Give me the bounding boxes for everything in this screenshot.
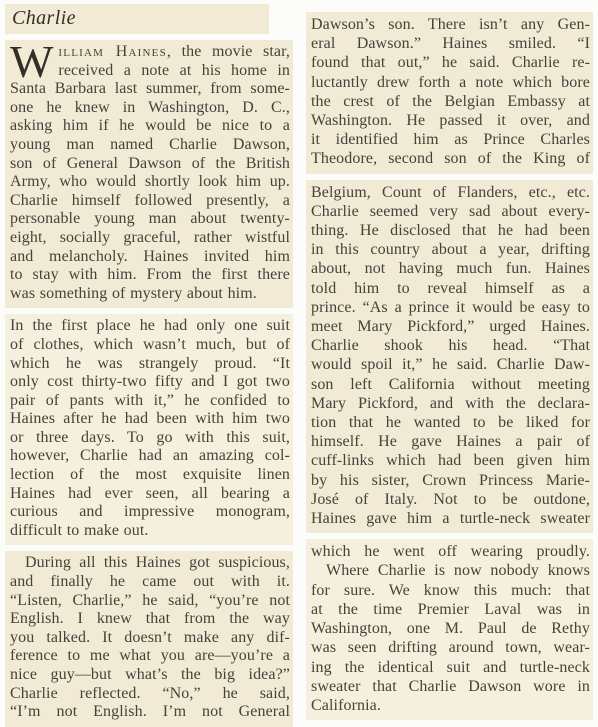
text-line: you talked. It doesn’t make any dif- <box>10 629 290 648</box>
text-line: the crest of the Belgian Embassy at <box>311 92 590 111</box>
text-block: Dawson’s son. There isn’t any Gen-eral D… <box>306 12 593 174</box>
text-line: one he knew in Washington, D. C., <box>10 99 290 118</box>
text-line: prince. “As a prince it would be easy to <box>311 298 590 317</box>
text-block: Belgium, Count of Flanders, etc., etc.Ch… <box>306 180 593 534</box>
text-line: it identified him as Prince Charles <box>311 130 590 149</box>
text-block: During all this Haines got suspicious,an… <box>5 551 293 726</box>
text-line: “I’m not English. I’m not General <box>10 703 290 722</box>
text-line: “Listen, Charlie,” he said, “you’re not <box>10 592 290 611</box>
text-line: thing. He disclosed that he had been <box>311 221 590 240</box>
text-line: Belgium, Count of Flanders, etc., etc. <box>311 183 590 202</box>
text-block: which he went off wearing proudly.Where … <box>306 539 593 720</box>
text-line: or three days. To go with this suit, <box>10 429 290 448</box>
text-line: Haines gave him a turtle-neck sweater <box>311 509 590 528</box>
text-line: Charlie shook his head. “That <box>311 336 590 355</box>
text-line: and melancholy. Haines invited him <box>10 248 290 267</box>
text-line: son of General Dawson of the British <box>10 155 290 174</box>
text-line: difficult to make out. <box>10 522 290 541</box>
text-line: young man named Charlie Dawson, <box>10 136 290 155</box>
text-line: however, Charlie had an amazing col- <box>10 447 290 466</box>
text-line: told him to reveal himself as a <box>311 279 590 298</box>
text-line: luctantly drew forth a note which bore <box>311 73 590 92</box>
article-title: Charlie <box>12 6 264 30</box>
text-line: ference to me what you are—you’re a <box>10 647 290 666</box>
text-block: In the first place he had only one suito… <box>5 314 293 545</box>
text-line: Army, who would shortly look him up. <box>10 173 290 192</box>
text-line: Charlie seemed very sad about every- <box>311 202 590 221</box>
text-line: to stay with him. From the first there <box>10 266 290 285</box>
text-line: During all this Haines got suspicious, <box>10 554 290 573</box>
left-blocks: William Haines, the movie star,received … <box>5 40 293 727</box>
text-line: ing the identical suit and turtle-neck <box>311 658 590 677</box>
text-line: only cost thirty-two fifty and I got two <box>10 373 290 392</box>
text-line: English. I knew that from the way <box>10 610 290 629</box>
text-line: California. <box>311 696 590 715</box>
text-line: Charlie reflected. “No,” he said, <box>10 685 290 704</box>
text-line: In the first place he had only one suit <box>10 317 290 336</box>
text-line: found that out,” he said. Charlie re- <box>311 53 590 72</box>
text-line: lection of the most exquisite linen <box>10 466 290 485</box>
text-line: eral Dawson.” Haines smiled. “I <box>311 34 590 53</box>
text-line: personable young man about twenty- <box>10 210 290 229</box>
text-line: Where Charlie is now nobody knows <box>311 561 590 580</box>
column-left: Charlie William Haines, the movie star,r… <box>5 4 293 727</box>
text-line: Santa Barbara last summer, from some- <box>10 80 290 99</box>
text-line: Theodore, second son of the King of <box>311 149 590 168</box>
title-block: Charlie <box>5 4 269 34</box>
column-right: Dawson’s son. There isn’t any Gen-eral D… <box>306 12 593 726</box>
text-line: was seen drifting around town, wear- <box>311 638 590 657</box>
text-line: sweater that Charlie Dawson wore in <box>311 677 590 696</box>
text-line: was something of mystery about him. <box>10 285 290 304</box>
text-line: himself. He gave Haines a pair of <box>311 432 590 451</box>
text-block: William Haines, the movie star,received … <box>5 40 293 308</box>
text-line: of clothes, which wasn’t much, but of <box>10 336 290 355</box>
text-line: son left California without meeting <box>311 375 590 394</box>
text-line: meet Mary Pickford,” urged Haines. <box>311 317 590 336</box>
text-line: Washington. He passed it over, and <box>311 111 590 130</box>
text-line: Mary Pickford, and with the declara- <box>311 394 590 413</box>
text-line: which he was strangely proud. “It <box>10 355 290 374</box>
text-line: tion that he wanted to be liked for <box>311 413 590 432</box>
text-line: about, not having much fun. Haines <box>311 259 590 278</box>
text-line: eight, socially graceful, rather wistful <box>10 229 290 248</box>
text-line: pair of pants with it,” he confided to <box>10 392 290 411</box>
text-line: for sure. We know this much: that <box>311 581 590 600</box>
text-line: Haines had ever seen, all bearing a <box>10 485 290 504</box>
text-span: , the movie star, <box>167 43 290 60</box>
text-line: cuff-links which had been given him <box>311 451 590 470</box>
text-line: Dawson’s son. There isn’t any Gen- <box>311 15 590 34</box>
text-line: would spoil it,” he said. Charlie Daw- <box>311 355 590 374</box>
text-line: at the time Premier Laval was in <box>311 600 590 619</box>
text-line: asking him if he would be nice to a <box>10 117 290 136</box>
text-line: Haines after he had been with him two <box>10 410 290 429</box>
small-caps-text: illiam Haines <box>58 43 167 60</box>
text-line: and finally he came out with it. <box>10 573 290 592</box>
text-line: curious and impressive monogram, <box>10 503 290 522</box>
right-blocks: Dawson’s son. There isn’t any Gen-eral D… <box>306 12 593 720</box>
text-line: Washington, one M. Paul de Rethy <box>311 619 590 638</box>
magazine-page: Charlie William Haines, the movie star,r… <box>0 0 598 727</box>
text-line: by his sister, Crown Princess Marie- <box>311 471 590 490</box>
text-line: in this country about a year, drifting <box>311 240 590 259</box>
text-line: which he went off wearing proudly. <box>311 542 590 561</box>
text-line: nice guy—but what’s the big idea?” <box>10 666 290 685</box>
text-line: Charlie himself followed presently, a <box>10 192 290 211</box>
text-line: José of Italy. Not to be outdone, <box>311 490 590 509</box>
drop-cap-letter: W <box>10 43 58 80</box>
